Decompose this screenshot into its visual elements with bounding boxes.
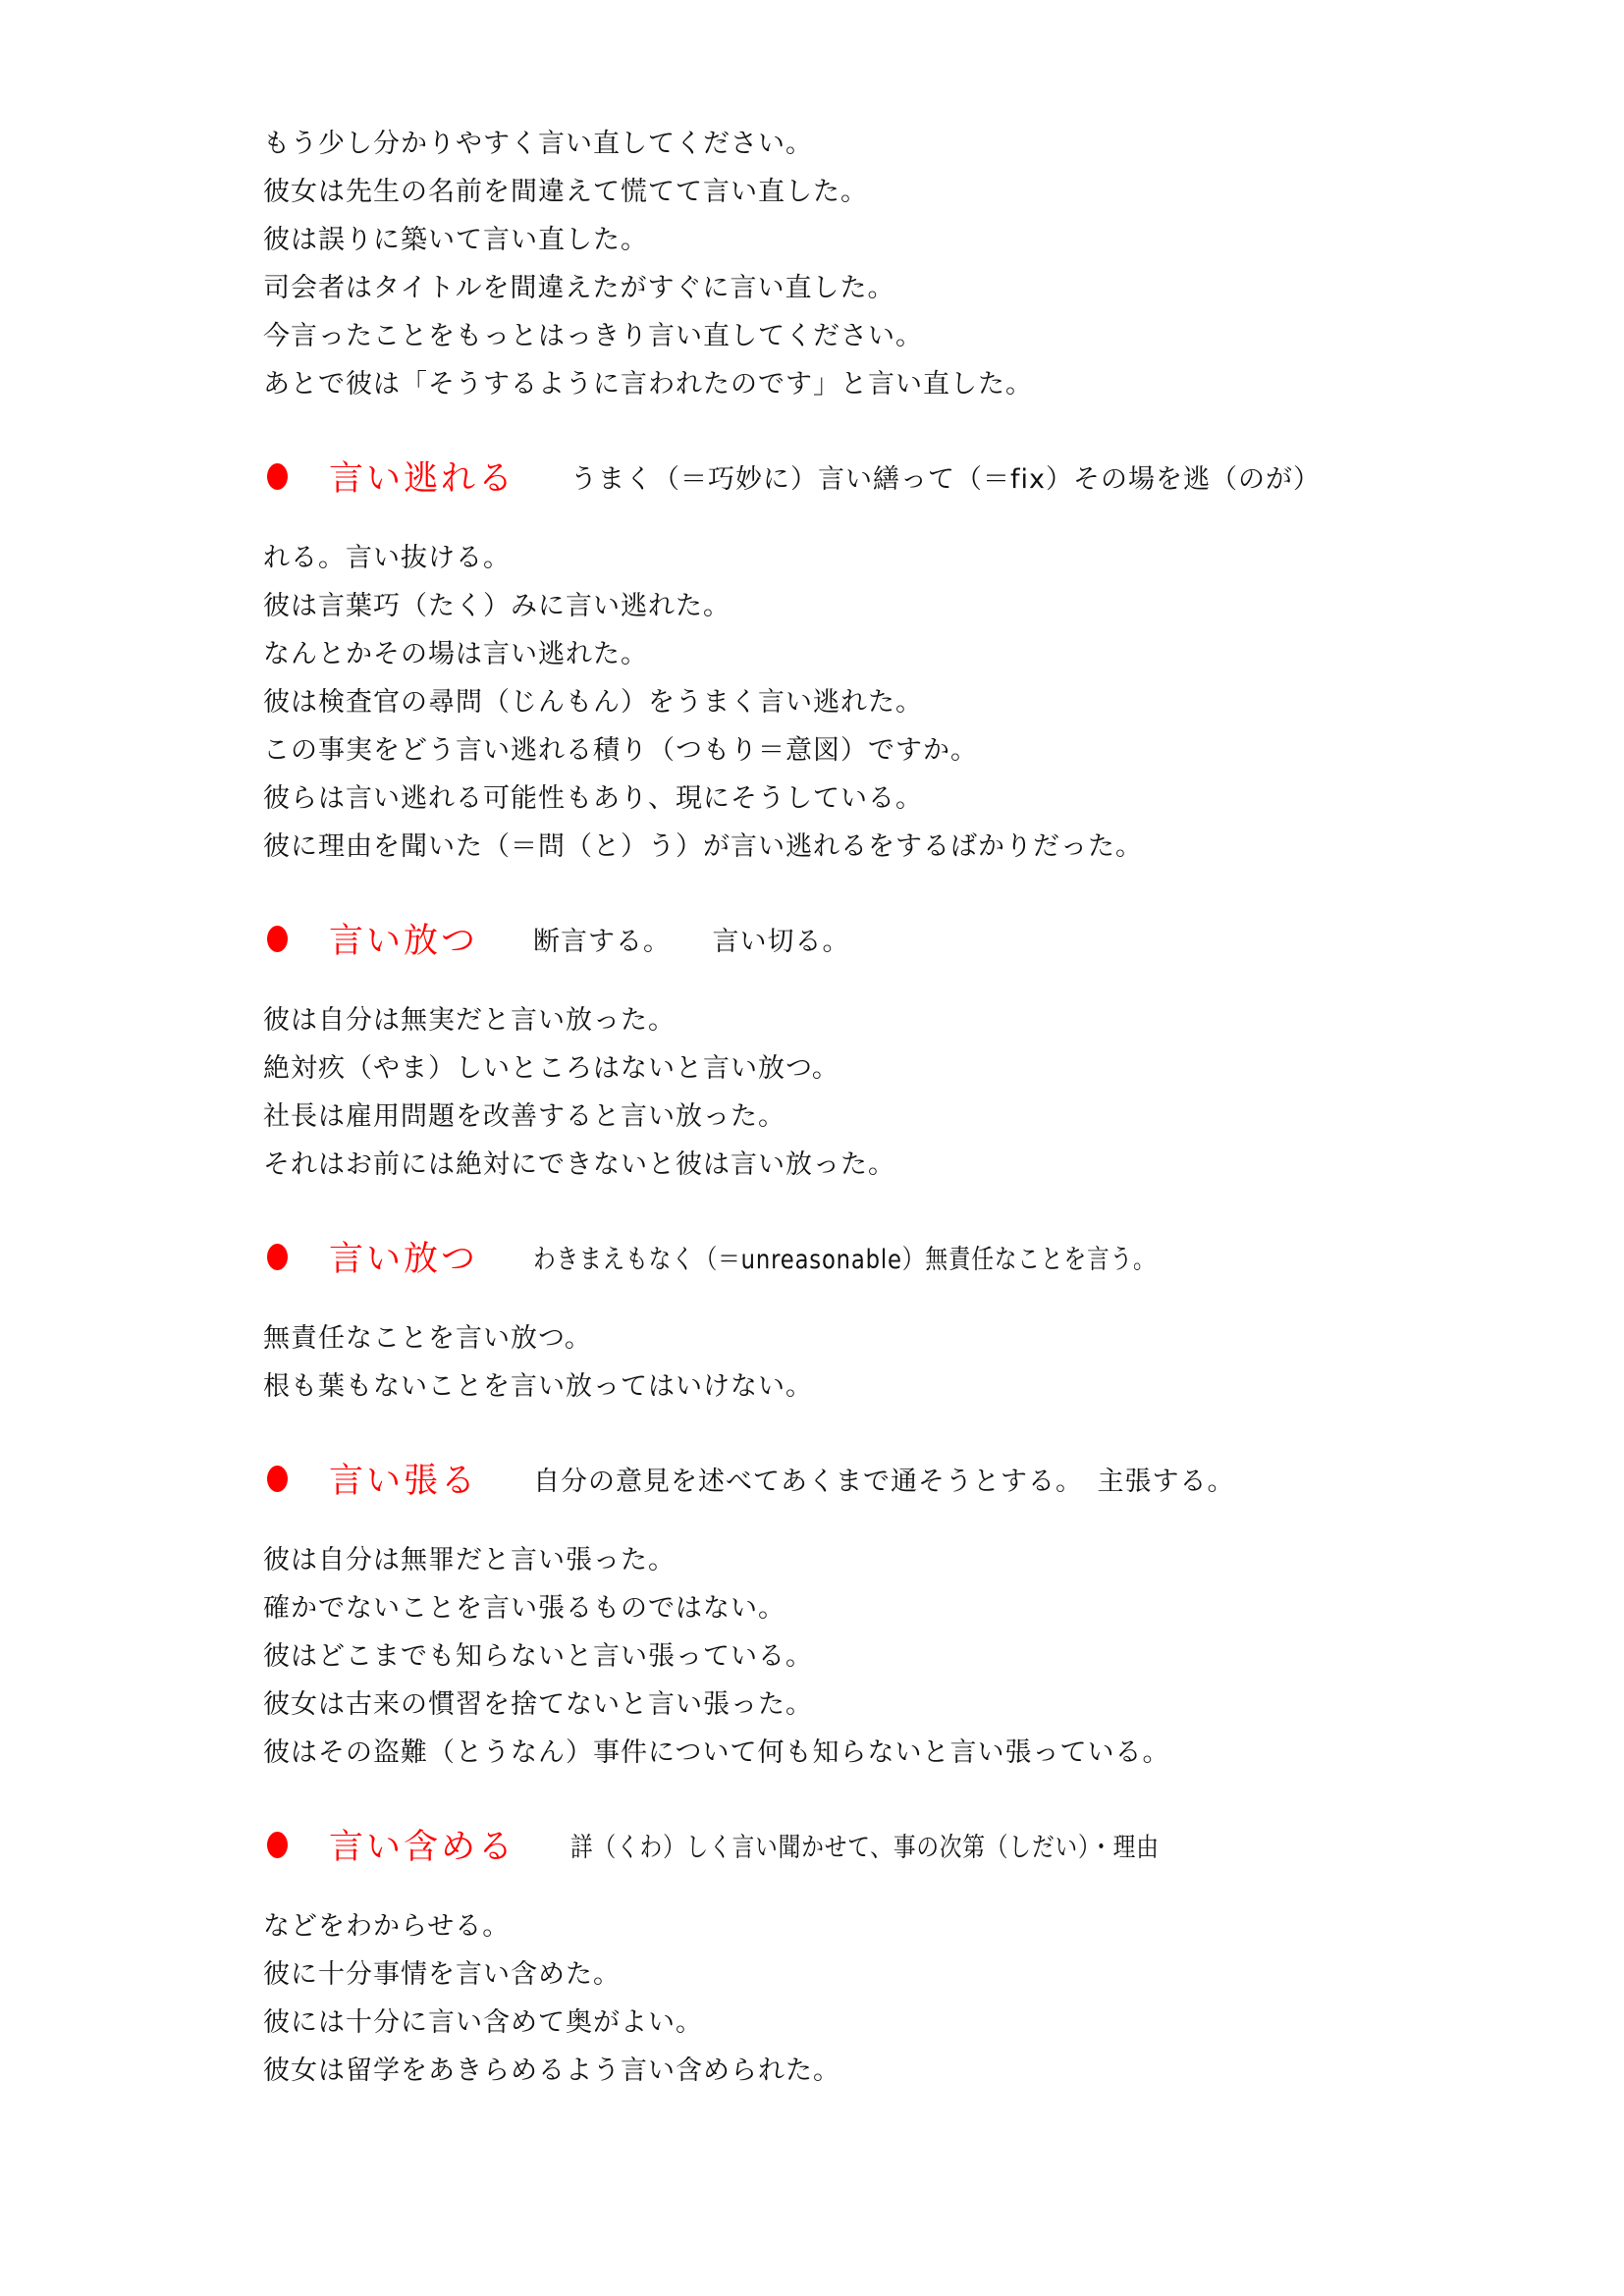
example-sentence: 彼に十分事情を言い含めた。 <box>263 1950 1624 1999</box>
entry-header: 言い含める 詳（くわ）しく言い聞かせて、事の次第（しだい）・理由 <box>267 1816 1624 1873</box>
intro-sentence: 司会者はタイトルを間違えたがすぐに言い直した。 <box>263 264 1624 312</box>
example-sentence: 彼は言葉巧（たく）みに言い逃れた。 <box>263 582 1624 630</box>
example-sentence: 彼には十分に言い含めて奥がよい。 <box>263 1999 1624 2047</box>
entry-body: 彼は自分は無実だと言い放った。 絶対疚（やま）しいところはないと言い放つ。 社長… <box>263 996 1624 1189</box>
example-sentence: この事実をどう言い逃れる積り（つもり＝意図）ですか。 <box>263 726 1624 774</box>
entry-header: 言い張る 自分の意見を述べてあくまで通そうとする。 主張する。 <box>267 1450 1624 1507</box>
entry-definition: わきまえもなく（＝unreasonable）無責任なことを言う。 <box>533 1238 1157 1276</box>
entry-header: 言い放つ わきまえもなく（＝unreasonable）無責任なことを言う。 <box>267 1228 1624 1285</box>
intro-sentence: 彼女は先生の名前を間違えて慌てて言い直した。 <box>263 168 1624 216</box>
dictionary-entry: 言い逃れる うまく（＝巧妙に）言い繕って（＝fix）その場を逃（のが） れる。言… <box>0 448 1624 871</box>
example-sentence: なんとかその場は言い逃れた。 <box>263 630 1624 678</box>
entry-body: れる。言い抜ける。 彼は言葉巧（たく）みに言い逃れた。 なんとかその場は言い逃れ… <box>263 534 1624 871</box>
example-sentence: 彼らは言い逃れる可能性もあり、現にそうしている。 <box>263 774 1624 823</box>
entry-definition: 断言する。 言い切る。 <box>533 920 850 958</box>
example-sentence: 彼女は留学をあきらめるよう言い含められた。 <box>263 2047 1624 2095</box>
example-sentence: 彼はその盗難（とうなん）事件について何も知らないと言い張っている。 <box>263 1729 1624 1777</box>
entry-body: などをわからせる。 彼に十分事情を言い含めた。 彼には十分に言い含めて奥がよい。… <box>263 1902 1624 2095</box>
entry-body: 無責任なことを言い放つ。 根も葉もないことを言い放ってはいけない。 <box>263 1314 1624 1411</box>
example-sentence: 絶対疚（やま）しいところはないと言い放つ。 <box>263 1044 1624 1093</box>
dictionary-entry: 言い含める 詳（くわ）しく言い聞かせて、事の次第（しだい）・理由 などをわからせ… <box>0 1816 1624 2095</box>
entry-headword: 言い放つ <box>329 1232 478 1281</box>
entry-header: 言い逃れる うまく（＝巧妙に）言い繕って（＝fix）その場を逃（のが） <box>267 448 1624 505</box>
example-sentence: 彼は自分は無実だと言い放った。 <box>263 996 1624 1044</box>
example-sentence: 確かでないことを言い張るものではない。 <box>263 1584 1624 1632</box>
red-bullet-icon <box>267 926 288 952</box>
example-sentence: 彼はどこまでも知らないと言い張っている。 <box>263 1632 1624 1681</box>
red-bullet-icon <box>267 463 288 490</box>
entry-headword: 言い放つ <box>329 914 478 963</box>
example-sentence: 社長は雇用問題を改善すると言い放った。 <box>263 1093 1624 1141</box>
definition-continuation: れる。言い抜ける。 <box>263 534 1624 582</box>
example-sentence: 彼女は古来の慣習を捨てないと言い張った。 <box>263 1681 1624 1729</box>
entry-definition: 自分の意見を述べてあくまで通そうとする。 主張する。 <box>533 1460 1235 1498</box>
document-page: もう少し分かりやすく言い直してください。 彼女は先生の名前を間違えて慌てて言い直… <box>0 0 1624 2296</box>
example-sentence: それはお前には絶対にできないと彼は言い放った。 <box>263 1141 1624 1189</box>
intro-sentence: もう少し分かりやすく言い直してください。 <box>263 120 1624 168</box>
intro-sentence: 今言ったことをもっとはっきり言い直してください。 <box>263 312 1624 360</box>
intro-example-block: もう少し分かりやすく言い直してください。 彼女は先生の名前を間違えて慌てて言い直… <box>263 120 1624 408</box>
example-sentence: 彼に理由を聞いた（＝問（と）う）が言い逃れるをするばかりだった。 <box>263 823 1624 871</box>
dictionary-entry: 言い張る 自分の意見を述べてあくまで通そうとする。 主張する。 彼は自分は無罪だ… <box>0 1450 1624 1777</box>
entry-body: 彼は自分は無罪だと言い張った。 確かでないことを言い張るものではない。 彼はどこ… <box>263 1536 1624 1777</box>
entry-definition: うまく（＝巧妙に）言い繕って（＝fix）その場を逃（のが） <box>570 457 1321 496</box>
definition-continuation: などをわからせる。 <box>263 1902 1624 1950</box>
dictionary-entry: 言い放つ わきまえもなく（＝unreasonable）無責任なことを言う。 無責… <box>0 1228 1624 1411</box>
entry-header: 言い放つ 断言する。 言い切る。 <box>267 910 1624 967</box>
example-sentence: 無責任なことを言い放つ。 <box>263 1314 1624 1362</box>
entry-headword: 言い張る <box>329 1454 478 1503</box>
entry-definition: 詳（くわ）しく言い聞かせて、事の次第（しだい）・理由 <box>570 1826 1160 1864</box>
red-bullet-icon <box>267 1244 288 1270</box>
example-sentence: 彼は自分は無罪だと言い張った。 <box>263 1536 1624 1584</box>
entry-headword: 言い逃れる <box>329 452 515 501</box>
example-sentence: 彼は検査官の尋問（じんもん）をうまく言い逃れた。 <box>263 678 1624 726</box>
dictionary-entry: 言い放つ 断言する。 言い切る。 彼は自分は無実だと言い放った。 絶対疚（やま）… <box>0 910 1624 1189</box>
example-sentence: 根も葉もないことを言い放ってはいけない。 <box>263 1362 1624 1411</box>
red-bullet-icon <box>267 1466 288 1492</box>
red-bullet-icon <box>267 1832 288 1858</box>
intro-sentence: 彼は誤りに築いて言い直した。 <box>263 216 1624 264</box>
intro-sentence: あとで彼は「そうするように言われたのです」と言い直した。 <box>263 360 1624 408</box>
entry-headword: 言い含める <box>329 1820 515 1869</box>
